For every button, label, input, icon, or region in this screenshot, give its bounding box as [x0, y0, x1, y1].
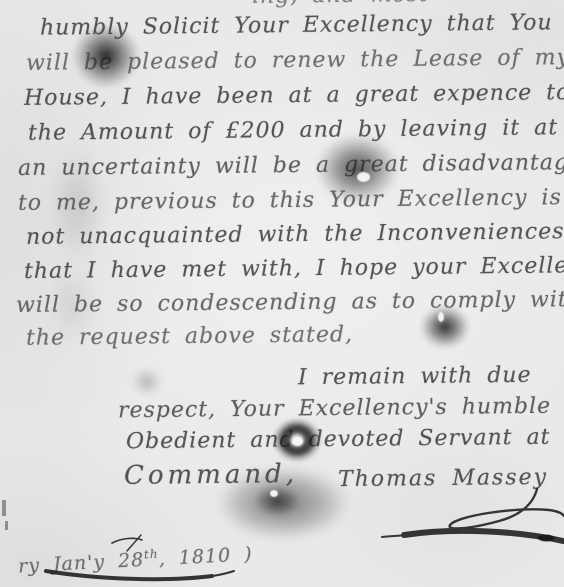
handwriting-line-2: will be pleased to renew the Lease of my — [26, 45, 564, 76]
closing-word-command: Command, — [124, 459, 298, 491]
date-ordinal-flourish — [112, 538, 142, 543]
signature-paraph-taper — [382, 535, 406, 537]
edge-mark-lower — [5, 521, 8, 530]
date-annotation-ordinal: th — [144, 547, 159, 562]
signature-paraph-blob — [538, 535, 554, 542]
edge-mark-upper — [2, 500, 6, 516]
closing-line-remain: I remain with due — [298, 363, 532, 390]
scanned-letter: ing, and most humbly Solicit Your Excell… — [0, 0, 564, 587]
faint-smudge-respect — [125, 362, 169, 402]
handwriting-line-4: the Amount of £200 and by leaving it at — [28, 115, 558, 146]
handwriting-line-7: not unacquainted with the Inconveniences — [26, 219, 564, 250]
handwriting-line-partial-top: ing, and most — [252, 0, 429, 9]
signature-paraph-loop — [450, 489, 564, 528]
date-annotation-suffix: , 1810 ) — [158, 543, 253, 570]
handwriting-line-6: to me, previous to this Your Excellency … — [18, 185, 562, 216]
handwriting-line-8: that I have met with, I hope your Excell… — [24, 253, 564, 284]
date-annotation-prefix: ry Jan'y 28 — [18, 549, 145, 578]
closing-line-respect: respect, Your Excellency's humble — [118, 394, 551, 424]
handwriting-line-9: will be so condescending as to comply wi… — [16, 287, 564, 318]
handwriting-line-5: an uncertainty will be a great disadvant… — [18, 150, 564, 181]
handwriting-line-10: the request above stated, — [26, 322, 353, 350]
signature-paraph-heavy-stroke — [404, 531, 563, 541]
date-underline-taper — [195, 571, 234, 578]
handwriting-line-1: humbly Solicit Your Excellency that You — [40, 10, 553, 40]
handwriting-line-3: House, I have been at a great expence to — [24, 80, 564, 111]
closing-line-obedient: Obedient and devoted Servant at — [126, 425, 551, 454]
signature-thomas-massey: Thomas Massey — [338, 465, 548, 492]
date-annotation: ry Jan'y 28th, 1810 ) — [18, 542, 254, 578]
ink-smudge-cloud-speck — [270, 490, 278, 497]
